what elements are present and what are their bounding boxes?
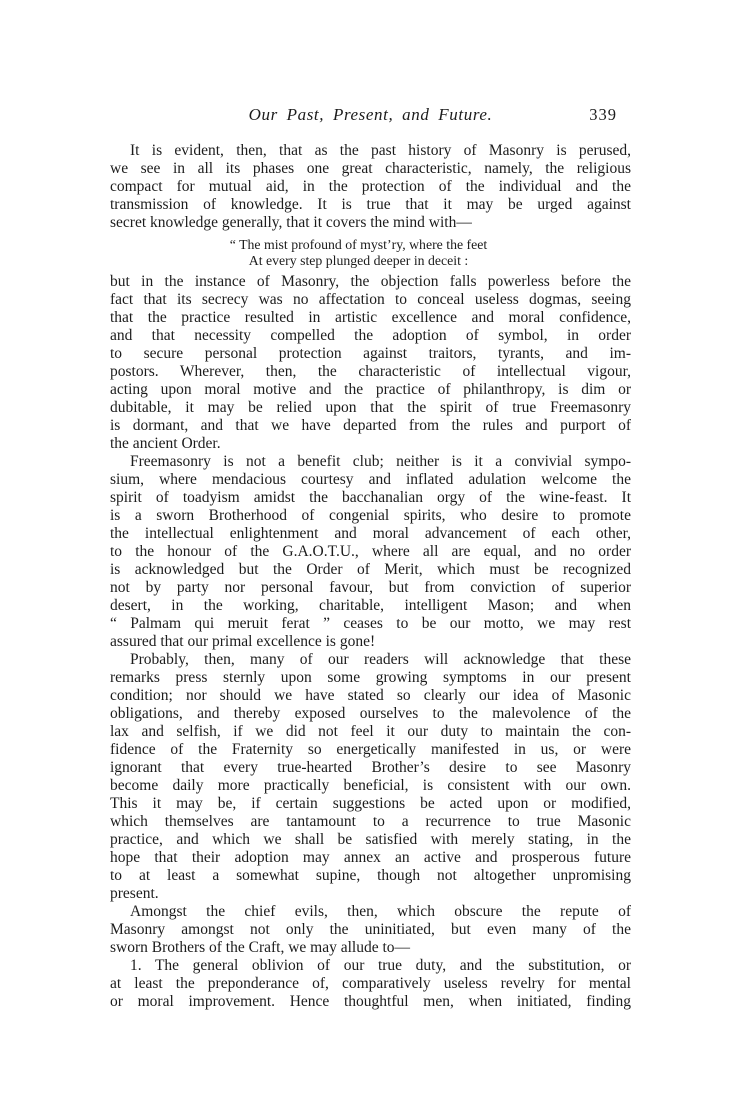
text-line: is acknowledged but the Order of Merit, … [110,561,631,579]
paragraph: Probably, then, many of our readers will… [110,651,631,903]
text-line: compact for mutual aid, in the protectio… [110,178,631,196]
text-line: Probably, then, many of our readers will… [110,651,631,669]
text-line: to the honour of the G.A.O.T.U., where a… [110,543,631,561]
text-line: present. [110,885,631,903]
text-line: that the practice resulted in artistic e… [110,309,631,327]
text-line: sium, where mendacious courtesy and infl… [110,471,631,489]
text-column: It is evident, then, that as the past hi… [110,142,631,1011]
text-line: become daily more practically beneficial… [110,777,631,795]
text-line: fact that its secrecy was no affectation… [110,291,631,309]
text-line: but in the instance of Masonry, the obje… [110,273,631,291]
text-line: remarks press sternly upon some growing … [110,669,631,687]
text-line: the ancient Order. [110,435,631,453]
text-line: ignorant that every true-hearted Brother… [110,759,631,777]
text-line: sworn Brothers of the Craft, we may allu… [110,939,631,957]
text-line: the intellectual enlightenment and moral… [110,525,631,543]
text-line: not by party nor personal favour, but fr… [110,579,631,597]
text-line: obligations, and thereby exposed ourselv… [110,705,631,723]
text-line: secret knowledge generally, that it cove… [110,214,631,232]
text-line: dubitable, it may be relied upon that th… [110,399,631,417]
text-line: At every step plunged deeper in deceit : [110,253,607,269]
text-line: at least the preponderance of, comparati… [110,975,631,993]
text-line: This it may be, if certain suggestions b… [110,795,631,813]
text-line: assured that our primal excellence is go… [110,633,631,651]
text-line: we see in all its phases one great chara… [110,160,631,178]
paragraph: Amongst the chief evils, then, which obs… [110,903,631,957]
paragraph: Freemasonry is not a benefit club; neith… [110,453,631,651]
text-line: Freemasonry is not a benefit club; neith… [110,453,631,471]
text-line: Amongst the chief evils, then, which obs… [110,903,631,921]
text-line: is a sworn Brotherhood of congenial spir… [110,507,631,525]
text-line: which themselves are tantamount to a rec… [110,813,631,831]
text-line: lax and selfish, if we did not feel it o… [110,723,631,741]
text-line: spirit of toadyism amidst the bacchanali… [110,489,631,507]
text-line: to secure personal protection against tr… [110,345,631,363]
page-header: Our Past, Present, and Future. 339 [110,104,631,126]
paragraph: but in the instance of Masonry, the obje… [110,273,631,453]
paragraph: It is evident, then, that as the past hi… [110,142,631,232]
text-line: acting upon moral motive and the practic… [110,381,631,399]
text-line: hope that their adoption may annex an ac… [110,849,631,867]
text-line: practice, and which we shall be satisfie… [110,831,631,849]
text-line: or moral improvement. Hence thoughtful m… [110,993,631,1011]
page-content: Our Past, Present, and Future. 339 It is… [110,104,631,1011]
scanned-page: Our Past, Present, and Future. 339 It is… [0,0,735,1106]
running-title: Our Past, Present, and Future. [110,104,631,126]
text-line: fidence of the Fraternity so energetical… [110,741,631,759]
text-line: It is evident, then, that as the past hi… [110,142,631,160]
text-line: “ The mist profound of myst’ry, where th… [110,237,607,253]
text-line: is dormant, and that we have departed fr… [110,417,631,435]
text-line: “ Palmam qui meruit ferat ” ceases to be… [110,615,631,633]
text-line: desert, in the working, charitable, inte… [110,597,631,615]
text-line: and that necessity compelled the adoptio… [110,327,631,345]
verse-block: “ The mist profound of myst’ry, where th… [110,237,607,269]
text-line: postors. Wherever, then, the characteris… [110,363,631,381]
text-line: transmission of knowledge. It is true th… [110,196,631,214]
text-line: condition; nor should we have stated so … [110,687,631,705]
page-number: 339 [589,104,617,126]
paragraph: 1. The general oblivion of our true duty… [110,957,631,1011]
text-line: to at least a somewhat supine, though no… [110,867,631,885]
text-line: 1. The general oblivion of our true duty… [110,957,631,975]
text-line: Masonry amongst not only the uninitiated… [110,921,631,939]
